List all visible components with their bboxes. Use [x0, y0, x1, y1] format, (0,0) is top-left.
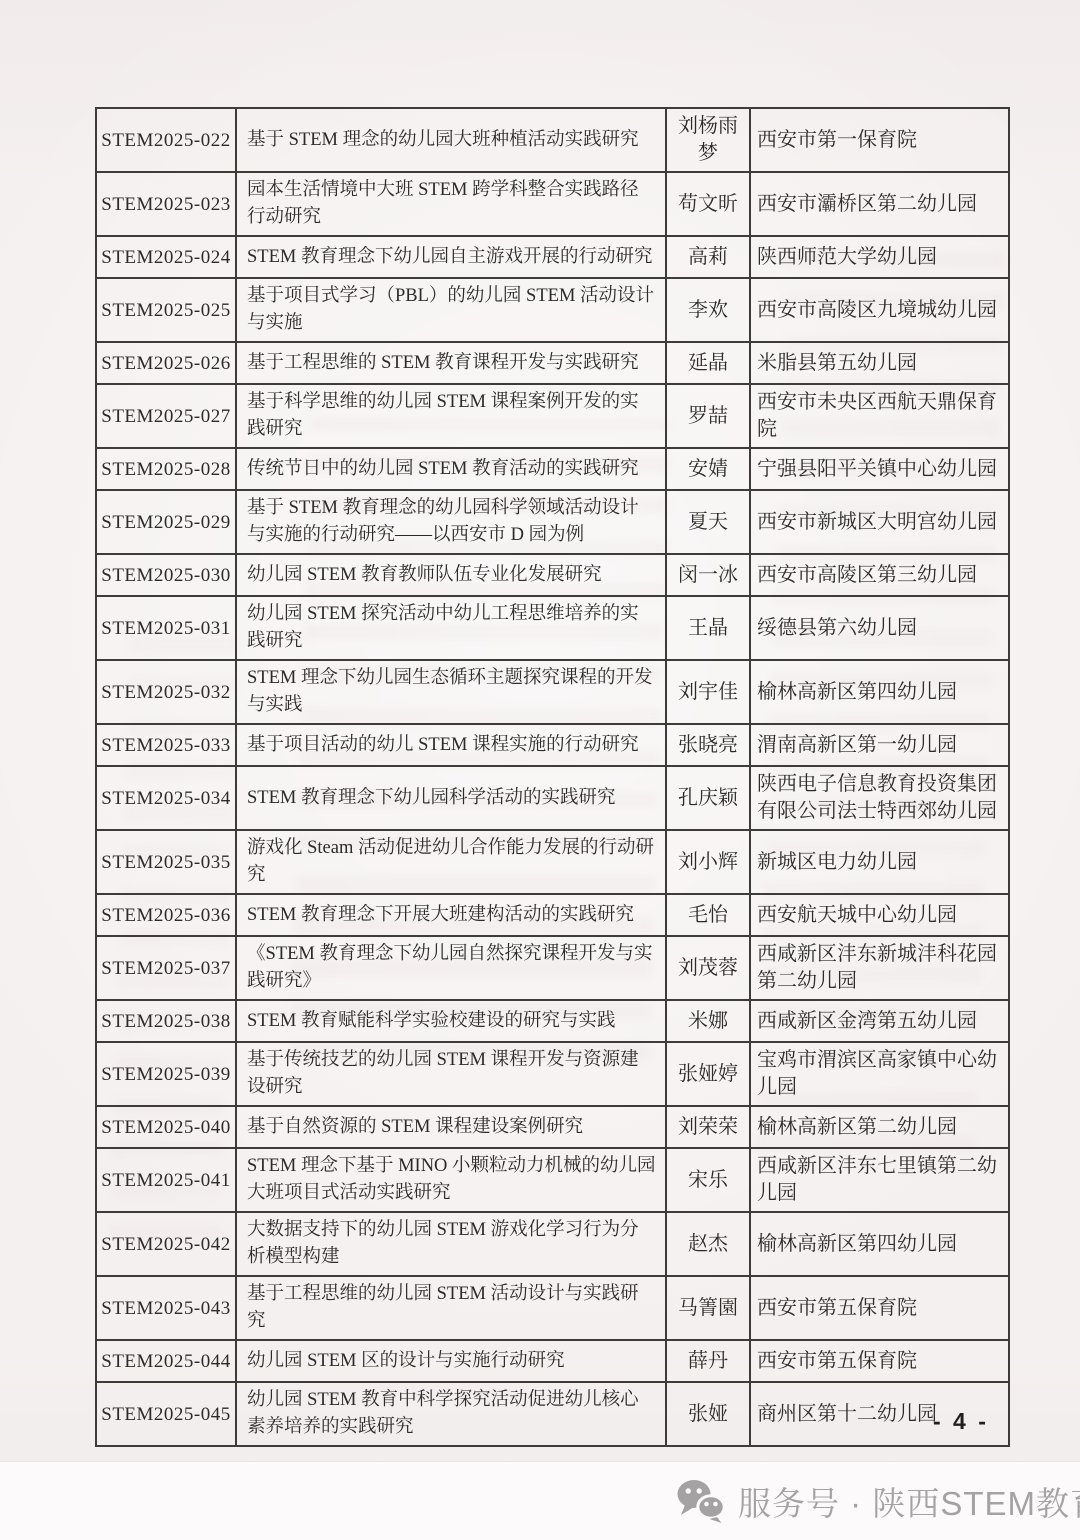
- table-row: STEM2025-040基于自然资源的 STEM 课程建设案例研究刘荣荣榆林高新…: [96, 1106, 1009, 1148]
- project-title-cell: 基于 STEM 教育理念的幼儿园科学领域活动设计与实施的行动研究——以西安市 D…: [236, 490, 666, 554]
- institution-cell: 宁强县阳平关镇中心幼儿园: [750, 448, 1009, 490]
- leader-name-cell: 刘茂蓉: [666, 936, 750, 1000]
- institution-cell: 西咸新区沣东七里镇第二幼儿园: [750, 1148, 1009, 1212]
- page-number: - 4 -: [933, 1408, 989, 1435]
- leader-name-cell: 薛丹: [666, 1340, 750, 1382]
- institution-cell: 西安市第一保育院: [750, 108, 1009, 172]
- institution-cell: 西安市灞桥区第二幼儿园: [750, 172, 1009, 236]
- project-code-cell: STEM2025-028: [96, 448, 236, 490]
- leader-name-cell: 马箐園: [666, 1276, 750, 1340]
- institution-cell: 渭南高新区第一幼儿园: [750, 724, 1009, 766]
- table-row: STEM2025-026基于工程思维的 STEM 教育课程开发与实践研究延晶米脂…: [96, 342, 1009, 384]
- table-row: STEM2025-043基于工程思维的幼儿园 STEM 活动设计与实践研究马箐園…: [96, 1276, 1009, 1340]
- leader-name-cell: 米娜: [666, 1000, 750, 1042]
- institution-cell: 陕西师范大学幼儿园: [750, 236, 1009, 278]
- project-title-cell: 基于工程思维的幼儿园 STEM 活动设计与实践研究: [236, 1276, 666, 1340]
- table-row: STEM2025-042大数据支持下的幼儿园 STEM 游戏化学习行为分析模型构…: [96, 1212, 1009, 1276]
- project-code-cell: STEM2025-034: [96, 766, 236, 830]
- institution-cell: 榆林高新区第二幼儿园: [750, 1106, 1009, 1148]
- table-row: STEM2025-038STEM 教育赋能科学实验校建设的研究与实践米娜西咸新区…: [96, 1000, 1009, 1042]
- table-row: STEM2025-041STEM 理念下基于 MINO 小颗粒动力机械的幼儿园大…: [96, 1148, 1009, 1212]
- project-title-cell: 基于项目活动的幼儿 STEM 课程实施的行动研究: [236, 724, 666, 766]
- project-title-cell: 《STEM 教育理念下幼儿园自然探究课程开发与实践研究》: [236, 936, 666, 1000]
- project-title-cell: 基于 STEM 理念的幼儿园大班种植活动实践研究: [236, 108, 666, 172]
- project-title-cell: 基于工程思维的 STEM 教育课程开发与实践研究: [236, 342, 666, 384]
- leader-name-cell: 苟文昕: [666, 172, 750, 236]
- leader-name-cell: 赵杰: [666, 1212, 750, 1276]
- project-code-cell: STEM2025-029: [96, 490, 236, 554]
- project-title-cell: 幼儿园 STEM 区的设计与实施行动研究: [236, 1340, 666, 1382]
- project-code-cell: STEM2025-038: [96, 1000, 236, 1042]
- leader-name-cell: 宋乐: [666, 1148, 750, 1212]
- table-row: STEM2025-034STEM 教育理念下幼儿园科学活动的实践研究孔庆颖陕西电…: [96, 766, 1009, 830]
- table-row: STEM2025-032STEM 理念下幼儿园生态循环主题探究课程的开发与实践刘…: [96, 660, 1009, 724]
- institution-cell: 西安航天城中心幼儿园: [750, 894, 1009, 936]
- project-title-cell: STEM 理念下基于 MINO 小颗粒动力机械的幼儿园大班项目式活动实践研究: [236, 1148, 666, 1212]
- leader-name-cell: 刘荣荣: [666, 1106, 750, 1148]
- table-row: STEM2025-022基于 STEM 理念的幼儿园大班种植活动实践研究刘杨雨梦…: [96, 108, 1009, 172]
- project-code-cell: STEM2025-044: [96, 1340, 236, 1382]
- institution-cell: 榆林高新区第四幼儿园: [750, 1212, 1009, 1276]
- footer-bar: 服务号 · 陕西STEM教育: [0, 1462, 1080, 1540]
- table-row: STEM2025-031幼儿园 STEM 探究活动中幼儿工程思维培养的实践研究王…: [96, 596, 1009, 660]
- project-title-cell: 幼儿园 STEM 教育教师队伍专业化发展研究: [236, 554, 666, 596]
- table-row: STEM2025-045幼儿园 STEM 教育中科学探究活动促进幼儿核心素养培养…: [96, 1382, 1009, 1446]
- table-row: STEM2025-028传统节日中的幼儿园 STEM 教育活动的实践研究安婧宁强…: [96, 448, 1009, 490]
- project-code-cell: STEM2025-039: [96, 1042, 236, 1106]
- leader-name-cell: 闵一冰: [666, 554, 750, 596]
- leader-name-cell: 张娅婷: [666, 1042, 750, 1106]
- project-code-cell: STEM2025-025: [96, 278, 236, 342]
- institution-cell: 宝鸡市渭滨区高家镇中心幼儿园: [750, 1042, 1009, 1106]
- institution-cell: 新城区电力幼儿园: [750, 830, 1009, 894]
- project-code-cell: STEM2025-022: [96, 108, 236, 172]
- institution-cell: 绥德县第六幼儿园: [750, 596, 1009, 660]
- project-title-cell: 大数据支持下的幼儿园 STEM 游戏化学习行为分析模型构建: [236, 1212, 666, 1276]
- project-code-cell: STEM2025-045: [96, 1382, 236, 1446]
- project-code-cell: STEM2025-035: [96, 830, 236, 894]
- footer-account-label: 服务号 · 陕西STEM教育: [738, 1478, 1080, 1525]
- project-code-cell: STEM2025-026: [96, 342, 236, 384]
- project-code-cell: STEM2025-027: [96, 384, 236, 448]
- table-row: STEM2025-023园本生活情境中大班 STEM 跨学科整合实践路径行动研究…: [96, 172, 1009, 236]
- project-code-cell: STEM2025-041: [96, 1148, 236, 1212]
- leader-name-cell: 延晶: [666, 342, 750, 384]
- project-code-cell: STEM2025-042: [96, 1212, 236, 1276]
- project-code-cell: STEM2025-037: [96, 936, 236, 1000]
- leader-name-cell: 刘宇佳: [666, 660, 750, 724]
- project-code-cell: STEM2025-030: [96, 554, 236, 596]
- project-title-cell: STEM 教育理念下幼儿园自主游戏开展的行动研究: [236, 236, 666, 278]
- project-title-cell: 基于科学思维的幼儿园 STEM 课程案例开发的实践研究: [236, 384, 666, 448]
- project-code-cell: STEM2025-040: [96, 1106, 236, 1148]
- project-code-cell: STEM2025-036: [96, 894, 236, 936]
- project-title-cell: 基于传统技艺的幼儿园 STEM 课程开发与资源建设研究: [236, 1042, 666, 1106]
- leader-name-cell: 张晓亮: [666, 724, 750, 766]
- leader-name-cell: 毛怡: [666, 894, 750, 936]
- project-code-cell: STEM2025-024: [96, 236, 236, 278]
- leader-name-cell: 安婧: [666, 448, 750, 490]
- institution-cell: 西安市未央区西航天鼎保育院: [750, 384, 1009, 448]
- institution-cell: 西咸新区金湾第五幼儿园: [750, 1000, 1009, 1042]
- table-row: STEM2025-033基于项目活动的幼儿 STEM 课程实施的行动研究张晓亮渭…: [96, 724, 1009, 766]
- project-title-cell: 基于自然资源的 STEM 课程建设案例研究: [236, 1106, 666, 1148]
- project-code-cell: STEM2025-031: [96, 596, 236, 660]
- institution-cell: 米脂县第五幼儿园: [750, 342, 1009, 384]
- table-row: STEM2025-024STEM 教育理念下幼儿园自主游戏开展的行动研究高莉陕西…: [96, 236, 1009, 278]
- leader-name-cell: 张娅: [666, 1382, 750, 1446]
- project-title-cell: 幼儿园 STEM 探究活动中幼儿工程思维培养的实践研究: [236, 596, 666, 660]
- leader-name-cell: 刘小辉: [666, 830, 750, 894]
- institution-cell: 榆林高新区第四幼儿园: [750, 660, 1009, 724]
- table-row: STEM2025-025基于项目式学习（PBL）的幼儿园 STEM 活动设计与实…: [96, 278, 1009, 342]
- table-row: STEM2025-037《STEM 教育理念下幼儿园自然探究课程开发与实践研究》…: [96, 936, 1009, 1000]
- approved-projects-table: STEM2025-022基于 STEM 理念的幼儿园大班种植活动实践研究刘杨雨梦…: [95, 107, 1010, 1447]
- project-code-cell: STEM2025-023: [96, 172, 236, 236]
- table-row: STEM2025-035游戏化 Steam 活动促进幼儿合作能力发展的行动研究刘…: [96, 830, 1009, 894]
- project-code-cell: STEM2025-033: [96, 724, 236, 766]
- institution-cell: 陕西电子信息教育投资集团有限公司法士特西郊幼儿园: [750, 766, 1009, 830]
- project-title-cell: 园本生活情境中大班 STEM 跨学科整合实践路径行动研究: [236, 172, 666, 236]
- project-title-cell: STEM 教育理念下幼儿园科学活动的实践研究: [236, 766, 666, 830]
- institution-cell: 西安市高陵区第三幼儿园: [750, 554, 1009, 596]
- institution-cell: 西安市第五保育院: [750, 1340, 1009, 1382]
- leader-name-cell: 王晶: [666, 596, 750, 660]
- project-title-cell: STEM 教育赋能科学实验校建设的研究与实践: [236, 1000, 666, 1042]
- footer-account-group: 服务号 · 陕西STEM教育: [676, 1462, 1080, 1540]
- wechat-service-icon: [676, 1478, 726, 1524]
- institution-cell: 西咸新区沣东新城沣科花园第二幼儿园: [750, 936, 1009, 1000]
- project-code-cell: STEM2025-043: [96, 1276, 236, 1340]
- project-title-cell: 幼儿园 STEM 教育中科学探究活动促进幼儿核心素养培养的实践研究: [236, 1382, 666, 1446]
- leader-name-cell: 李欢: [666, 278, 750, 342]
- institution-cell: 西安市高陵区九境城幼儿园: [750, 278, 1009, 342]
- project-table-body: STEM2025-022基于 STEM 理念的幼儿园大班种植活动实践研究刘杨雨梦…: [96, 108, 1009, 1446]
- leader-name-cell: 罗喆: [666, 384, 750, 448]
- institution-cell: 西安市新城区大明宫幼儿园: [750, 490, 1009, 554]
- leader-name-cell: 夏天: [666, 490, 750, 554]
- project-title-cell: 基于项目式学习（PBL）的幼儿园 STEM 活动设计与实施: [236, 278, 666, 342]
- project-title-cell: 传统节日中的幼儿园 STEM 教育活动的实践研究: [236, 448, 666, 490]
- project-code-cell: STEM2025-032: [96, 660, 236, 724]
- leader-name-cell: 刘杨雨梦: [666, 108, 750, 172]
- table-row: STEM2025-030幼儿园 STEM 教育教师队伍专业化发展研究闵一冰西安市…: [96, 554, 1009, 596]
- leader-name-cell: 孔庆颖: [666, 766, 750, 830]
- project-title-cell: 游戏化 Steam 活动促进幼儿合作能力发展的行动研究: [236, 830, 666, 894]
- institution-cell: 西安市第五保育院: [750, 1276, 1009, 1340]
- table-row: STEM2025-036STEM 教育理念下开展大班建构活动的实践研究毛怡西安航…: [96, 894, 1009, 936]
- leader-name-cell: 高莉: [666, 236, 750, 278]
- table-row: STEM2025-044幼儿园 STEM 区的设计与实施行动研究薛丹西安市第五保…: [96, 1340, 1009, 1382]
- table-row: STEM2025-039基于传统技艺的幼儿园 STEM 课程开发与资源建设研究张…: [96, 1042, 1009, 1106]
- table-row: STEM2025-027基于科学思维的幼儿园 STEM 课程案例开发的实践研究罗…: [96, 384, 1009, 448]
- table-row: STEM2025-029基于 STEM 教育理念的幼儿园科学领域活动设计与实施的…: [96, 490, 1009, 554]
- project-title-cell: STEM 理念下幼儿园生态循环主题探究课程的开发与实践: [236, 660, 666, 724]
- project-title-cell: STEM 教育理念下开展大班建构活动的实践研究: [236, 894, 666, 936]
